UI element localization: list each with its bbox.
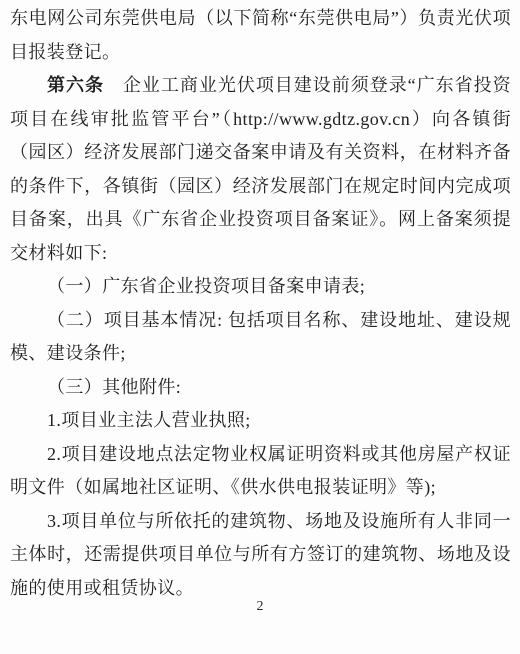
paragraph-item-1: （一）广东省企业投资项目备案申请表; (10, 270, 511, 304)
document-body: 东电网公司东莞供电局（以下简称“东莞供电局”）负责光伏项目报装登记。 第六条 企… (10, 2, 511, 605)
paragraph-item-2: （二）项目基本情况: 包括项目名称、建设地址、建设规模、建设条件; (10, 304, 511, 371)
page-number: 2 (0, 598, 520, 616)
paragraph-attachment-1: 1.项目业主法人营业执照; (10, 404, 511, 438)
paragraph-attachment-2: 2.项目建设地点法定物业权属证明资料或其他房屋产权证明文件（如属地社区证明、《供… (10, 438, 511, 505)
paragraph-article-6: 第六条 企业工商业光伏项目建设前须登录“广东省投资项目在线审批监管平台”（htt… (10, 69, 511, 270)
paragraph-item-3: （三）其他附件: (10, 371, 511, 405)
document-page: 东电网公司东莞供电局（以下简称“东莞供电局”）负责光伏项目报装登记。 第六条 企… (0, 0, 520, 654)
article-6-text: 企业工商业光伏项目建设前须登录“广东省投资项目在线审批监管平台”（http://… (10, 75, 511, 263)
article-number-label: 第六条 (47, 75, 104, 95)
paragraph-continuation: 东电网公司东莞供电局（以下简称“东莞供电局”）负责光伏项目报装登记。 (10, 2, 511, 69)
paragraph-attachment-3: 3.项目单位与所依托的建筑物、场地及设施所有人非同一主体时，还需提供项目单位与所… (10, 505, 511, 606)
